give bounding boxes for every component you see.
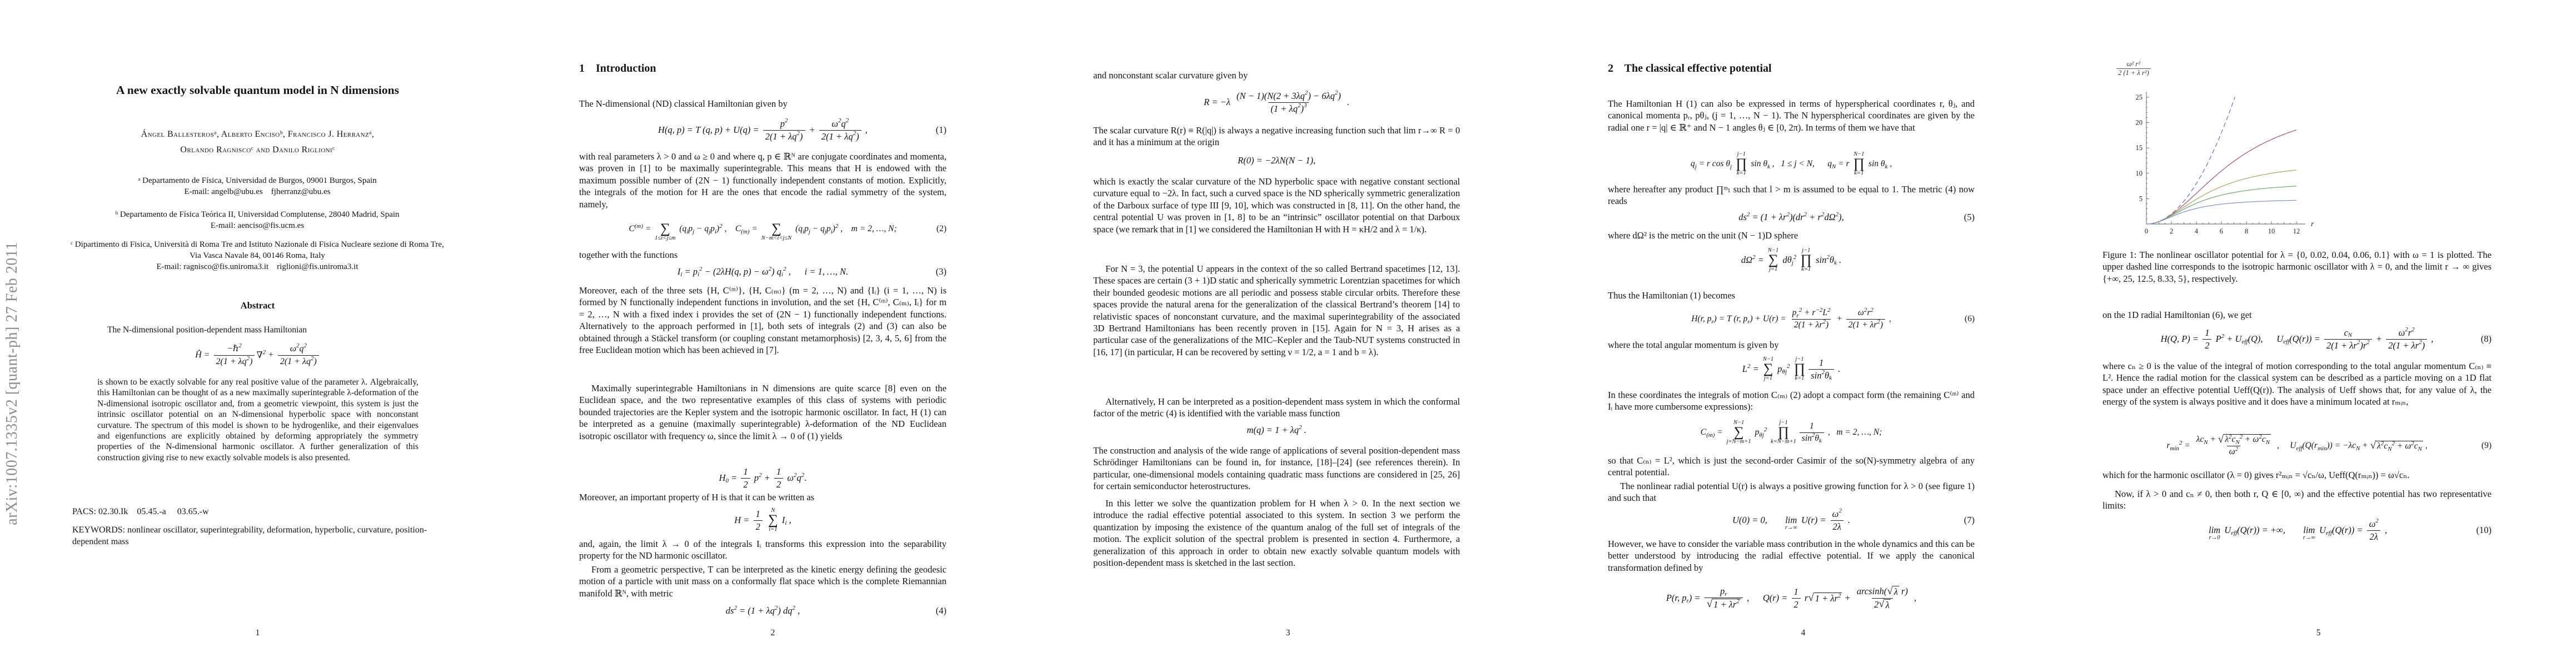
equation-qj: qj = r cos θj j−1∏k=1 sin θk , 1 ≤ j < N… xyxy=(1608,148,1975,180)
paragraph: For N = 3, the potential U appears in th… xyxy=(1093,263,1460,358)
paragraph: which for the harmonic oscillator (λ = 0… xyxy=(2102,469,2492,481)
paragraph: Alternatively, H can be interpreted as a… xyxy=(1093,396,1460,420)
paragraph: and, again, the limit λ → 0 of the integ… xyxy=(579,538,946,562)
paragraph: The scalar curvature R(r) ≡ R(|q|) is al… xyxy=(1093,125,1460,148)
page-4: 2 The classical effective potential The … xyxy=(1546,0,2061,667)
paragraph: Moreover, each of the three sets {H, C⁽ᵐ… xyxy=(579,285,946,356)
equation-4: ds2 = (1 + λq2) dq2 ,(4) xyxy=(579,601,946,620)
paragraph: where dΩ² is the metric on the unit (N −… xyxy=(1608,230,1975,241)
page-number-4: 4 xyxy=(1546,628,2061,638)
paragraph: Now, if λ > 0 and cₙ ≠ 0, then both r, Q… xyxy=(2102,488,2492,512)
svg-text:2: 2 xyxy=(2170,227,2173,235)
equation-10: limr→0 Ueff(Q(r)) = +∞, limr→∞ Ueff(Q(r)… xyxy=(2102,516,2492,545)
paragraph: so that C₍ₙ₎ = L², which is just the sec… xyxy=(1608,455,1975,479)
paragraph: In this letter we solve the quantization… xyxy=(1093,497,1460,569)
equation-7: U(0) = 0, limr→∞ U(r) = ω22λ .(7) xyxy=(1608,506,1975,534)
equation-Hsum: H = 12 N∑i=1 Ii , xyxy=(579,504,946,537)
paper-title: A new exactly solvable quantum model in … xyxy=(33,83,482,97)
paragraph: However, we have to consider the variabl… xyxy=(1608,538,1975,574)
paragraph: From a geometric perspective, T can be i… xyxy=(579,564,946,599)
page-number-2: 2 xyxy=(515,628,1030,638)
equation-3: Ii = pi2 − (2λH(q, p) − ω2) qi2 , i = 1,… xyxy=(579,262,946,281)
paragraph: Thus the Hamiltonian (1) becomes xyxy=(1608,290,1975,301)
equation-R0: R(0) = −2λN(N − 1), xyxy=(1093,151,1460,170)
arxiv-id-text: arXiv:1007.1335v2 [quant-ph] 27 Feb 2011 xyxy=(3,242,21,525)
affiliation-c-email: E-mail: ragnisco@fis.uniroma3.it riglion… xyxy=(66,262,449,273)
equation-R: R = −λ (N − 1)(N(2 + 3λq2) − 6λq2)(1 + λ… xyxy=(1093,84,1460,120)
page-5: ω² r² 2 (1 + λ r²) 024681012510152025r F… xyxy=(2061,0,2576,667)
authors-line-1: Ángel Ballesterosᵃ, Alberto Encisoᵇ, Fra… xyxy=(33,130,482,140)
svg-text:25: 25 xyxy=(2136,93,2143,101)
page-number-5: 5 xyxy=(2061,628,2576,638)
equation-L2: L2 = N−1∑j=1 pθj2 j−1∏k=11sin2θk . xyxy=(1608,352,1975,386)
equation-m: m(q) = 1 + λq2 . xyxy=(1093,421,1460,440)
svg-text:10: 10 xyxy=(2136,170,2143,177)
arxiv-watermark: arXiv:1007.1335v2 [quant-ph] 27 Feb 2011 xyxy=(1,183,23,584)
page-2: 1 Introduction The N-dimensional (ND) cl… xyxy=(515,0,1030,667)
paragraph: with real parameters λ > 0 and ω ≥ 0 and… xyxy=(579,151,946,210)
equation-1: H(q, p) = T (q, p) + U(q) = p22(1 + λq2)… xyxy=(579,114,946,146)
equation-dOmega: dΩ2 = N−1∑j=1 dθj2 j−1∏k=1 sin2θk . xyxy=(1608,243,1975,277)
paragraph: together with the functions xyxy=(579,249,946,261)
section-heading-2: 2 The classical effective potential xyxy=(1608,62,1772,75)
paragraph: The Hamiltonian H (1) can also be expres… xyxy=(1608,98,1975,133)
affiliation-c: ᶜ Dipartimento di Fisica, Università di … xyxy=(66,240,449,261)
figure-1-caption: Figure 1: The nonlinear oscillator poten… xyxy=(2102,249,2492,285)
equation-5: ds2 = (1 + λr2)(dr2 + r2dΩ2),(5) xyxy=(1608,208,1975,226)
paragraph: where hereafter any product ∏ᵐₗ such tha… xyxy=(1608,183,1975,207)
paper-canvas: arXiv:1007.1335v2 [quant-ph] 27 Feb 2011… xyxy=(0,0,2576,667)
svg-text:5: 5 xyxy=(2139,195,2142,202)
svg-text:15: 15 xyxy=(2136,144,2143,152)
svg-text:10: 10 xyxy=(2268,227,2275,235)
paragraph: The construction and analysis of the wid… xyxy=(1093,445,1460,492)
figure-1-plot: 024681012510152025r xyxy=(2100,51,2333,243)
page-1: arXiv:1007.1335v2 [quant-ph] 27 Feb 2011… xyxy=(0,0,515,667)
svg-text:6: 6 xyxy=(2220,227,2223,235)
svg-text:8: 8 xyxy=(2245,227,2248,235)
paragraph: Moreover, an important property of H is … xyxy=(579,491,946,503)
paragraph: The nonlinear radial potential U(r) is a… xyxy=(1608,480,1975,504)
svg-text:20: 20 xyxy=(2136,119,2143,127)
pacs-line: PACS: 02.30.Ik 05.45.-a 03.65.-w xyxy=(72,506,456,517)
page-number-1: 1 xyxy=(0,628,515,638)
abstract-equation: Ĥ = −ℏ22(1 + λq2)∇2 + ω2q22(1 + λq2) xyxy=(97,338,418,372)
equation-PQ: P(r, pr) = pr√1 + λr2 , Q(r) = 12 r√1 + … xyxy=(1608,581,1975,615)
affiliation-b-email: E-mail: aenciso@fis.ucm.es xyxy=(66,221,449,232)
paragraph: The N-dimensional (ND) classical Hamilto… xyxy=(579,98,946,109)
keywords-line: KEYWORDS: nonlinear oscillator, superint… xyxy=(72,525,457,547)
paragraph: where cₙ ≥ 0 is the value of the integra… xyxy=(2102,360,2492,408)
page-number-3: 3 xyxy=(1030,628,1546,638)
equation-Cm: C(m) = N−1∑j=N−m+1 pθj2 j−1∏k=N−m+11sin2… xyxy=(1608,415,1975,450)
section-heading-1: 1 Introduction xyxy=(579,62,656,75)
equation-8: H(Q, P) = 12 P2 + Ueff(Q), Ueff(Q(r)) = … xyxy=(2102,323,2492,355)
equation-2: C(m) = ∑1≤i<j≤m (qipj − qjpi)2 , C(m) = … xyxy=(579,213,946,245)
svg-text:0: 0 xyxy=(2145,227,2148,235)
equation-6: H(r, pr) = T (r, pr) + U(r) = pr2 + r−2L… xyxy=(1608,303,1975,335)
paragraph: which is exactly the scalar curvature of… xyxy=(1093,176,1460,235)
affiliation-a: ᵃ Departamento de Física, Universidad de… xyxy=(66,176,449,187)
svg-text:r: r xyxy=(2311,220,2314,228)
svg-text:12: 12 xyxy=(2293,227,2300,235)
paragraph: and nonconstant scalar curvature given b… xyxy=(1093,69,1460,81)
abstract-intro: The N-dimensional position-dependent mas… xyxy=(97,325,418,335)
affiliation-a-email: E-mail: angelb@ubu.es fjherranz@ubu.es xyxy=(66,187,449,198)
affiliation-b: ᵇ Departamento de Física Teórica II, Uni… xyxy=(66,210,449,221)
svg-text:4: 4 xyxy=(2195,227,2199,235)
authors-line-2: Orlando Ragniscoᶜ and Danilo Riglioniᶜ xyxy=(33,145,482,155)
paragraph: on the 1D radial Hamiltonian (6), we get xyxy=(2102,309,2492,321)
equation-H0: H0 = 12 p2 + 12 ω2q2. xyxy=(579,466,946,490)
paragraph: Maximally superintegrable Hamiltonians i… xyxy=(579,382,946,442)
paragraph: In these coordinates the integrals of mo… xyxy=(1608,389,1975,413)
abstract-body: is shown to be exactly solvable for any … xyxy=(97,377,418,463)
page-3: and nonconstant scalar curvature given b… xyxy=(1030,0,1546,667)
equation-9: rmin2 = λcN + √λ2cN2 + ω2cNω2 , Ueff(Q(r… xyxy=(2102,429,2492,462)
paragraph: where the total angular momentum is give… xyxy=(1608,339,1975,351)
abstract-heading: Abstract xyxy=(0,300,515,311)
